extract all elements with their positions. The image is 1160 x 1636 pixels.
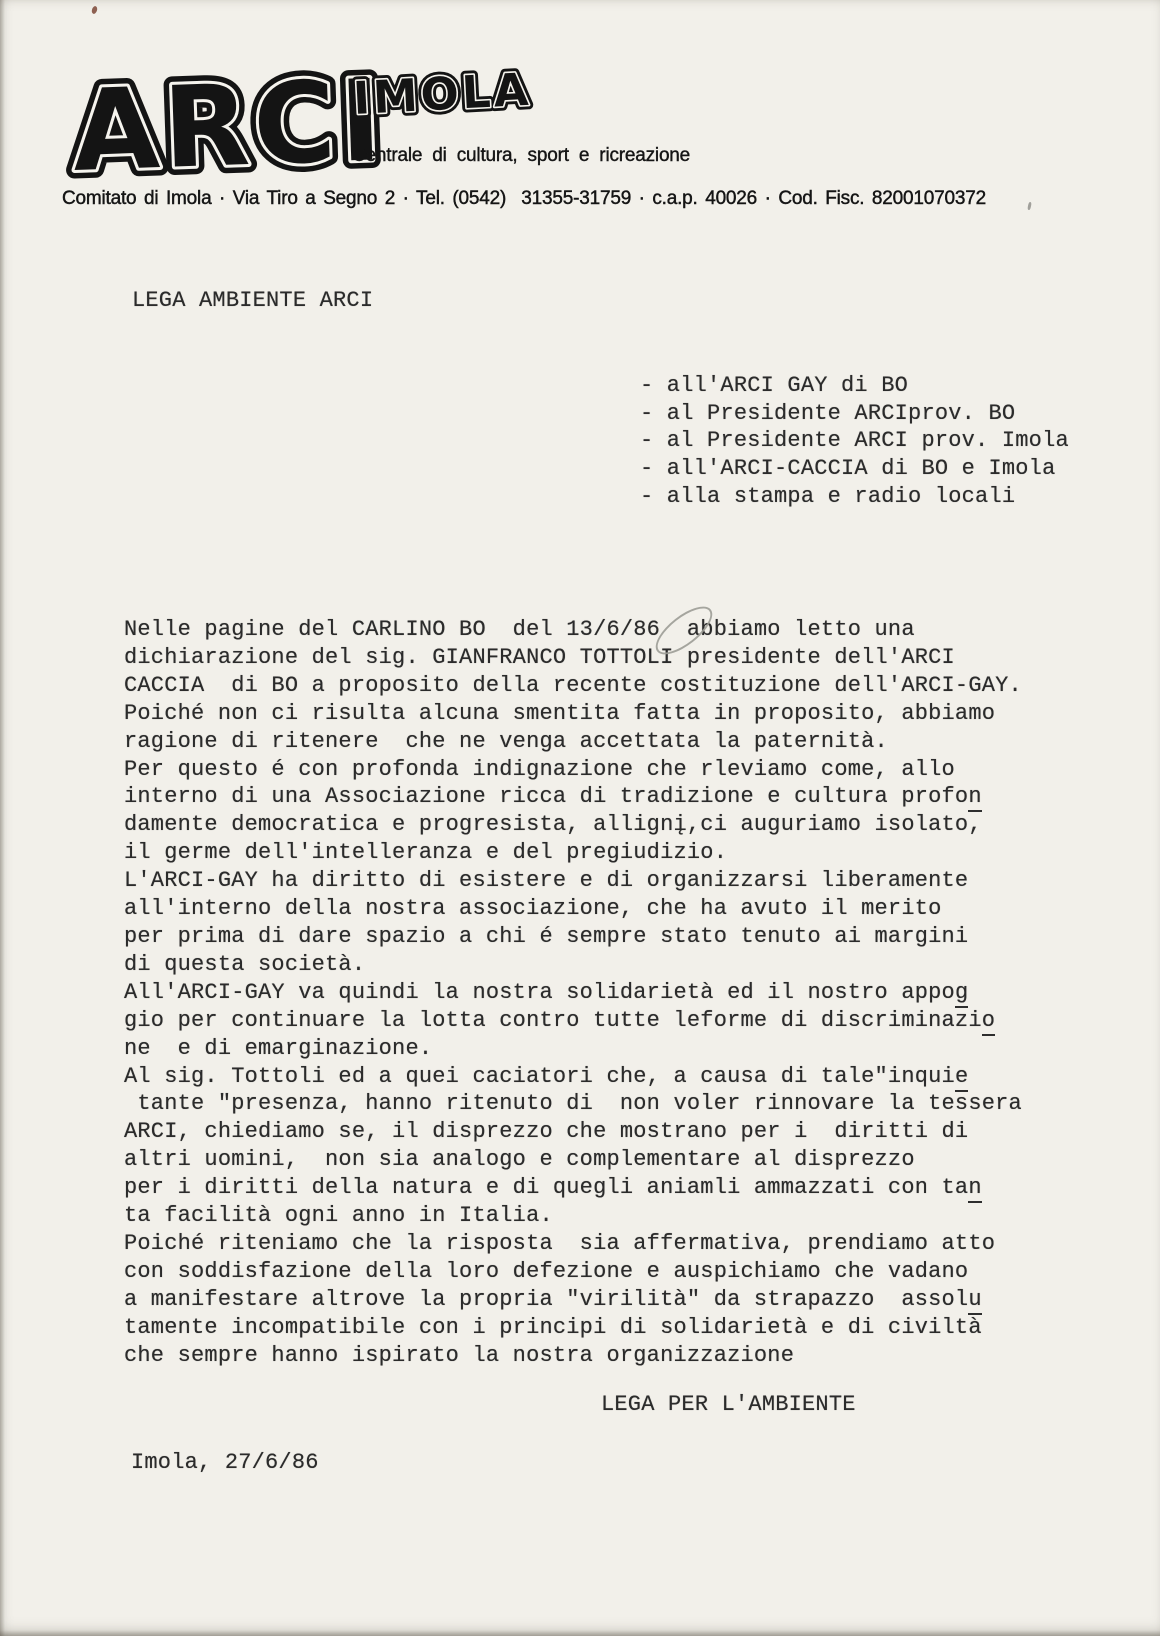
body-line: ne e di emarginazione. — [124, 1035, 1022, 1063]
body-line: tante "presenza, hanno ritenuto di non v… — [124, 1090, 1022, 1118]
scan-edge-shadow — [0, 1630, 1160, 1636]
underlined-break-char: u — [968, 1287, 981, 1315]
body-line: il germe dell'intelleranza e del pregiud… — [124, 839, 1022, 867]
underlined-break-char: n — [968, 1175, 981, 1203]
body-line: ARCI, chiediamo se, il disprezzo che mos… — [124, 1118, 1022, 1146]
letterhead-address-line: Comitato di Imola · Via Tiro a Segno 2 ·… — [62, 188, 986, 210]
scan-edge-shadow — [0, 0, 5, 1636]
recipient-line: - all'ARCI GAY di BO — [640, 372, 1069, 400]
recipient-line: - al Presidente ARCI prov. Imola — [640, 427, 1069, 455]
body-line: altri uomini, non sia analogo e compleme… — [124, 1146, 1022, 1174]
body-line: per i diritti della natura e di quegli a… — [124, 1174, 1022, 1202]
underlined-break-char: o — [982, 1008, 995, 1036]
body-line: All'ARCI-GAY va quindi la nostra solidar… — [124, 979, 1022, 1007]
body-line: ragione di ritenere che ne venga accetta… — [124, 728, 1022, 756]
body-line: tamente incompatibile con i principi di … — [124, 1314, 1022, 1342]
body-line: che sempre hanno ispirato la nostra orga… — [124, 1342, 1022, 1370]
body-line: Al sig. Tottoli ed a quei caciatori che,… — [124, 1063, 1022, 1091]
recipient-line: - alla stampa e radio locali — [640, 483, 1069, 511]
body-line: dichiarazione del sig. GIANFRANCO TOTTOL… — [124, 644, 1022, 672]
body-line: interno di una Associazione ricca di tra… — [124, 783, 1022, 811]
body-line: di questa società. — [124, 951, 1022, 979]
logo-arci-text: ARCI — [70, 60, 387, 197]
body-line: con soddisfazione della loro defezione e… — [124, 1258, 1022, 1286]
arci-imola-logo: ARCI ARCI IMOLA IMOLA — [64, 60, 534, 200]
recipient-line: - al Presidente ARCIprov. BO — [640, 400, 1069, 428]
body-line: L'ARCI-GAY ha diritto di esistere e di o… — [124, 867, 1022, 895]
body-line: CACCIA di BO a proposito della recente c… — [124, 672, 1022, 700]
underlined-break-char: e — [955, 1064, 968, 1092]
logo-imola-text: IMOLA — [352, 63, 533, 125]
scanned-letter-page: ARCI ARCI IMOLA IMOLA Centrale di cultur… — [0, 0, 1160, 1636]
body-line: Poiché non ci risulta alcuna smentita fa… — [124, 700, 1022, 728]
sender-name: LEGA AMBIENTE ARCI — [132, 288, 373, 313]
signature-organization: LEGA PER L'AMBIENTE — [601, 1392, 856, 1417]
underlined-break-char: g — [955, 980, 968, 1008]
letterhead-tagline: Centrale di cultura, sport e ricreazione — [352, 145, 690, 167]
body-line: damente democratica e progresista, allig… — [124, 811, 1022, 839]
letter-body: Nelle pagine del CARLINO BO del 13/6/86 … — [124, 616, 1022, 1369]
body-line: per prima di dare spazio a chi é sempre … — [124, 923, 1022, 951]
body-line: ta facilità ogni anno in Italia. — [124, 1202, 1022, 1230]
body-line: Nelle pagine del CARLINO BO del 13/6/86 … — [124, 616, 1022, 644]
underlined-break-char: n — [968, 784, 981, 812]
paper-speck — [1027, 202, 1032, 210]
body-line: Poiché riteniamo che la risposta sia aff… — [124, 1230, 1022, 1258]
body-line: Per questo é con profonda indignazione c… — [124, 756, 1022, 784]
place-date-line: Imola, 27/6/86 — [131, 1450, 319, 1475]
paper-speck — [91, 5, 98, 14]
recipient-line: - all'ARCI-CACCIA di BO e Imola — [640, 455, 1069, 483]
body-line: a manifestare altrove la propria "virili… — [124, 1286, 1022, 1314]
body-line: all'interno della nostra associazione, c… — [124, 895, 1022, 923]
body-line: gio per continuare la lotta contro tutte… — [124, 1007, 1022, 1035]
recipients-list: - all'ARCI GAY di BO- al Presidente ARCI… — [640, 372, 1069, 511]
